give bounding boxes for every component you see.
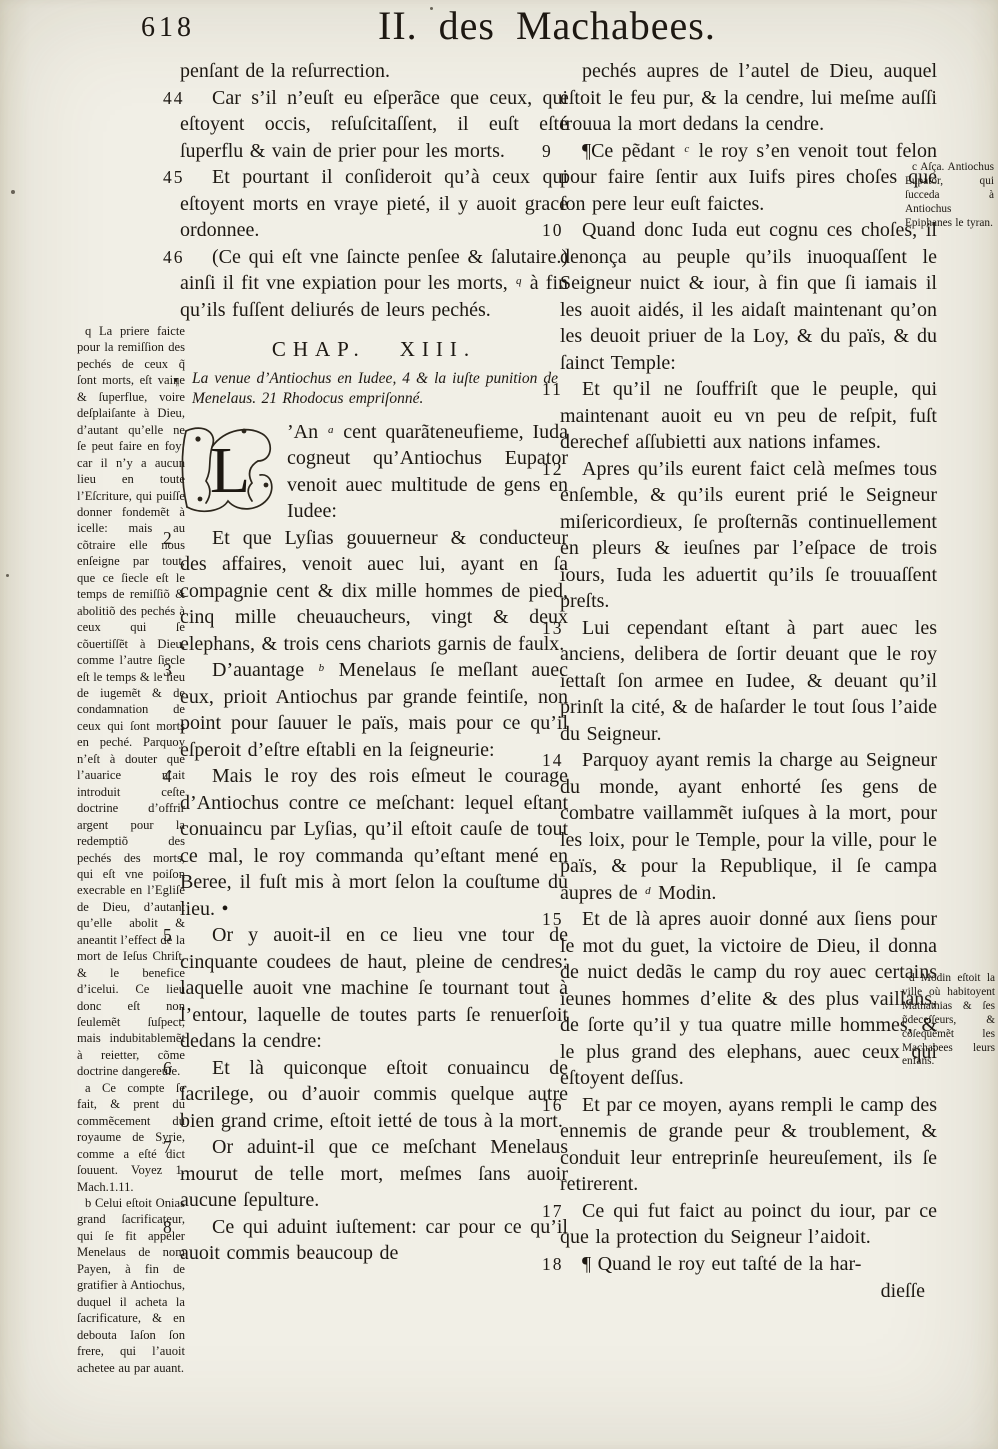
verse-number: 18 xyxy=(542,1251,564,1278)
verse-5: 5Or y auoit-il en ce lieu vne tour de ci… xyxy=(180,922,568,1055)
verse-text: (Ce qui eſt vne ſaincte penſee & ſalutai… xyxy=(180,246,568,321)
verse-number: 7 xyxy=(163,1134,174,1161)
verse-text: Or y auoit-il en ce lieu vne tour de cin… xyxy=(180,924,568,1052)
book-page-scan: 618 II. des Machabees. q La priere faict… xyxy=(0,0,998,1449)
margin-note-reference: q xyxy=(516,275,522,287)
svg-text:L: L xyxy=(210,434,250,507)
verse-15: 15Et de là apres auoir donné aux ſiens p… xyxy=(560,906,937,1092)
verse-46: 46(Ce qui eſt vne ſaincte penſee & ſalut… xyxy=(180,244,568,324)
verse-17: 17Ce qui fut faict au poinct du iour, pa… xyxy=(560,1198,937,1251)
verse-text: Ce qui aduint iuſtement: car pour ce qu’… xyxy=(180,1216,568,1265)
left-margin-note: q La priere faicte pour la remiſſion des… xyxy=(77,323,185,1080)
verse-text: penſant de la reſurrection. xyxy=(180,60,390,82)
verse-number: 10 xyxy=(542,217,564,244)
verse-13: 13Lui cependant eſtant à part auec les a… xyxy=(560,615,937,748)
margin-note-reference: c xyxy=(684,143,689,155)
verse-text: D’auantage b Menelaus ſe meſlant auec eu… xyxy=(180,659,568,761)
page-number: 618 xyxy=(141,12,195,44)
verse-number: 2 xyxy=(163,525,174,552)
verse-number: 46 xyxy=(163,244,185,271)
verse-number: 6 xyxy=(163,1055,174,1082)
margin-note-reference: b xyxy=(319,662,325,674)
drop-cap-initial: L xyxy=(178,423,278,513)
margin-note-reference: a xyxy=(328,424,334,436)
verse-1-dropcap: L’An a cent quarãteneufieme, Iuda cogneu… xyxy=(180,419,568,525)
ink-speck xyxy=(430,7,433,10)
verse-7: 7Or aduint-il que ce meſchant Menelaus m… xyxy=(180,1134,568,1214)
verse-14: 14Parquoy ayant remis la charge au Seign… xyxy=(560,747,937,906)
pilcrow-mark: ¶ xyxy=(174,372,179,392)
right-margin-note-d: d Modin eſtoit la ville où habitoyent Ma… xyxy=(902,972,995,1069)
verse-number: 3 xyxy=(163,657,174,684)
chapter-label: CHAP. xyxy=(272,337,366,361)
verse-text: ’An a cent quarãteneufieme, Iuda cogneut… xyxy=(287,421,568,523)
chapter-argument-text: La venue d’Antiochus en Iudee, 4 & la iu… xyxy=(192,370,558,407)
verse-number: 4 xyxy=(163,763,174,790)
verse-text: Et de là apres auoir donné aux ſiens pou… xyxy=(560,908,937,1089)
verse-text: ¶ Quand le roy eut taſté de la har- xyxy=(582,1253,861,1275)
chapter-heading: CHAP.XIII. xyxy=(180,336,568,363)
ink-speck xyxy=(11,190,15,194)
catchword: dieſſe xyxy=(560,1278,937,1305)
verse-4: 4Mais le roy des rois eſmeut le courage … xyxy=(180,763,568,922)
verse-continuation: pechés aupres de l’autel de Dieu, auquel… xyxy=(560,58,937,138)
verse-10: 10Quand donc Iuda eut cognu ces choſes, … xyxy=(560,217,937,376)
verse-number: 45 xyxy=(163,164,185,191)
verse-number: 17 xyxy=(542,1198,564,1225)
verse-2: 2Et que Lyſias gouuerneur & conducteur d… xyxy=(180,525,568,658)
verse-text: Et qu’il ne ſouffriſt que le peuple, qui… xyxy=(560,378,937,453)
verse-number: 13 xyxy=(542,615,564,642)
verse-18: 18¶ Quand le roy eut taſté de la har- xyxy=(560,1251,937,1278)
verse-text: Ce qui fut faict au poinct du iour, par … xyxy=(560,1200,937,1249)
verse-continuation: penſant de la reſurrection. xyxy=(180,58,568,85)
left-text-column: penſant de la reſurrection.44Car s’il n’… xyxy=(180,58,568,1267)
verse-text: Mais le roy des rois eſmeut le courage d… xyxy=(180,765,568,920)
verse-12: 12Apres qu’ils eurent faict celà meſmes … xyxy=(560,456,937,615)
verse-number: 44 xyxy=(163,85,185,112)
verse-44: 44Car s’il n’euſt eu eſperãce que ceux, … xyxy=(180,85,568,165)
verse-9: 9¶Ce pẽdant c le roy s’en venoit tout fe… xyxy=(560,138,937,218)
right-text-column: pechés aupres de l’autel de Dieu, auquel… xyxy=(560,58,937,1305)
verse-number: 16 xyxy=(542,1092,564,1119)
verse-text: Et pourtant il conſideroit qu’à ceux qui… xyxy=(180,166,568,241)
verse-number: 15 xyxy=(542,906,564,933)
verse-number: 11 xyxy=(542,376,563,403)
verse-3: 3D’auantage b Menelaus ſe meſlant auec e… xyxy=(180,657,568,763)
verse-16: 16Et par ce moyen, ayans rempli le camp … xyxy=(560,1092,937,1198)
verse-text: Parquoy ayant remis la charge au Seigneu… xyxy=(560,749,937,904)
verse-text: pechés aupres de l’autel de Dieu, auquel… xyxy=(560,60,937,135)
verse-8: 8Ce qui aduint iuſtement: car pour ce qu… xyxy=(180,1214,568,1267)
verse-45: 45Et pourtant il conſideroit qu’à ceux q… xyxy=(180,164,568,244)
chapter-numeral: XIII. xyxy=(400,337,476,361)
verse-number: 12 xyxy=(542,456,564,483)
verse-text: Et là quiconque eſtoit conuaincu de ſacr… xyxy=(180,1057,568,1132)
verse-number: 14 xyxy=(542,747,564,774)
chapter-argument: ¶La venue d’Antiochus en Iudee, 4 & la i… xyxy=(192,369,558,409)
right-margin-note-c: c Aſça. Antiochus Eupator, qui ſucceda à… xyxy=(905,161,994,231)
verse-text: ¶Ce pẽdant c le roy s’en venoit tout fel… xyxy=(560,140,937,215)
verse-number: 8 xyxy=(163,1214,174,1241)
verse-text: Et par ce moyen, ayans rempli le camp de… xyxy=(560,1094,937,1196)
verse-text: Quand donc Iuda eut cognu ces choſes, il… xyxy=(560,219,937,374)
verse-6: 6Et là quiconque eſtoit conuaincu de ſac… xyxy=(180,1055,568,1135)
running-title: II. des Machabees. xyxy=(378,2,716,49)
verse-text: Et que Lyſias gouuerneur & conducteur de… xyxy=(180,527,568,655)
verse-text: Lui cependant eſtant à part auec les anc… xyxy=(560,617,937,745)
verse-text: Car s’il n’euſt eu eſperãce que ceux, qu… xyxy=(180,87,568,162)
margin-note-reference: d xyxy=(645,885,651,897)
verse-11: 11Et qu’il ne ſouffriſt que le peuple, q… xyxy=(560,376,937,456)
verse-number: 5 xyxy=(163,922,174,949)
verse-number: 9 xyxy=(542,138,553,165)
verse-text: Or aduint-il que ce meſchant Menelaus mo… xyxy=(180,1136,568,1211)
verse-text: Apres qu’ils eurent faict celà meſmes to… xyxy=(560,458,937,613)
ink-speck xyxy=(6,574,9,577)
